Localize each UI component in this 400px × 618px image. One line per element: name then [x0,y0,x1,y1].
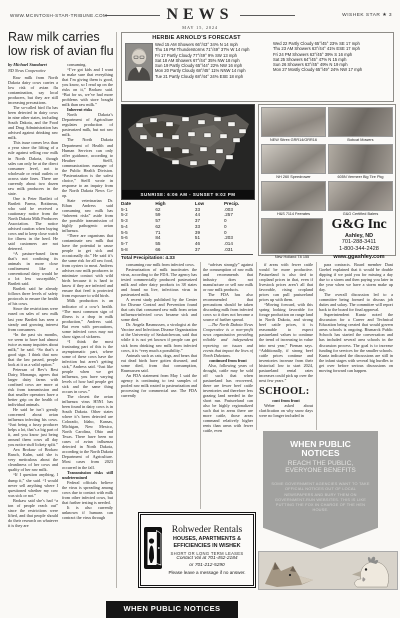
article-paragraph: Federal officials believe the virus is s… [62,480,113,505]
article-paragraph: The FDA has also recommended that precau… [203,292,253,322]
weather-map-graphic [122,105,254,189]
gg-logo-block: G&G Inc Ashley, ND 701-288-3411 1-800-34… [325,218,393,259]
rental-contact-phone: Contact Val at 701-452-2184 [163,556,251,562]
product-photo: NH 260 Speedrower [261,144,326,179]
phone-number-tollfree: 1-800-344-2428 [325,246,393,253]
forecast-week-1: HERBIE ARNOLD'S FORECAST Wed 15 AM Showe… [122,33,271,101]
bottom-ad-banner: WHEN PUBLIC NOTICES [106,601,238,618]
forecast-week-2: Wed 22 Partly Cloudy 65°/45° 23% SE 17 m… [271,33,393,101]
product-caption: G&G Certified Balers [328,212,393,217]
article-paragraph: “Moving forward, with this spring lookin… [259,302,313,383]
badge-body-text: SOME GOVERNMENT AGENCIES WANT TO TAKE OF… [271,481,370,513]
fox-hen-graphic [259,552,396,588]
article-paragraph: Milk production is an indicator of a cow… [62,298,113,338]
cell-low: 37 [195,247,224,253]
article-column-3: consuming raw milk from infected cows.Pa… [121,262,197,509]
portrait-graphic [126,44,152,80]
article-paragraph: Ava Brokaw of Brokaw Ranch, Kulm, said s… [8,447,58,472]
article-paragraph: SCHOOL: [259,386,313,399]
open-door-icon [143,524,163,577]
public-notices-badge: WHEN PUBLIC NOTICES REACH THE PUBLIC, EV… [263,431,378,549]
precipitation-total: Total Precipitation: 4.33 [121,254,253,261]
article-paragraph: “A pasture-based farm that’s not confini… [8,251,58,286]
product-photo: NEW Sitrex GRR14/GRR16 [261,107,326,142]
article-column-5: if areas with fewer cattle would be more… [259,262,313,430]
article-paragraph: Also, following years of drought, cattle… [203,363,253,433]
sunrise-sunset-banner: SUNRISE: 6:06 AM - SUNSET 9:02 PM [122,190,254,199]
article-paragraph: The North Dakota Department of Health an… [62,137,113,197]
article-paragraph: continued from front [203,358,253,363]
product-caption: New Holland T8 155 [261,255,323,260]
article-paragraph: Pasteurization of milk inactivates the v… [121,267,197,297]
forecast-lines-week-2: Wed 22 Partly Cloudy 65°/45° 23% SE 17 m… [273,41,390,73]
column-divider [116,32,117,588]
product-photo: H&S 7114 Feerates [261,181,326,216]
article-paragraph: State veterinarian Dr. Ethan Andress sai… [62,198,113,233]
article-paragraph: One is Peter Bartlett of Bartlett Farms,… [8,196,58,251]
article-paragraph: Dr. Angela Rasmussen, a virologist at th… [121,322,197,352]
forecast-box: HERBIE ARNOLD'S FORECAST Wed 15 AM Showe… [121,32,394,102]
article-column-2: consuming.“I’ve got kids and I want to m… [62,62,113,588]
rental-description: HOUSES, APARTMENTS & EFFICIENCIES IN WIS… [163,536,251,549]
article-paragraph: Since the restrictions were eased on sal… [8,306,58,331]
herbie-arnold-photo [125,43,153,81]
article-paragraph: Superintendent Kuntz noted the discussio… [319,312,393,372]
rohweder-rentals-ad: Rohweder Rentals HOUSES, APARTMENTS & EF… [138,512,256,588]
article-paragraph: A recent study published by the Center f… [121,297,197,322]
byline-organization: ND News Cooperative [8,68,58,73]
article-paragraph: It is also currently unknown if humans c… [62,505,113,520]
product-caption: H&S 7114 Feerates [261,212,326,217]
article-paragraph: This issue comes less than a year since … [8,140,58,195]
product-photo: New Holland T8 155 [261,218,323,259]
rental-company-name: Rohweder Rentals [163,525,251,535]
product-image [261,218,323,254]
product-image [261,107,326,137]
product-image [328,181,393,211]
article-paragraph: North Dakota’s Department of Agriculture… [62,112,113,137]
gg-inc-ad: NEW Sitrex GRR14/GRR16 Bobcat Mowers NH … [258,104,396,256]
byline: by Michael Standaert [8,62,58,67]
article-column-4: “advises strongly” against the consumpti… [203,262,253,509]
weather-table: Date High Low Precip. 5-1 62 33 .003 5-2… [121,201,253,261]
gg-ad-bottom: New Holland T8 155 G&G Inc Ashley, ND 70… [261,218,393,259]
product-caption: NH 260 Speedrower [261,175,326,180]
column-divider [200,262,201,509]
product-caption: 605N Vermeer Big Tire Pkg [328,175,393,180]
article-paragraph: The closest the avian influenza virus H5… [62,394,113,469]
article-paragraph: “If I question anything, I dump it,” she… [8,472,58,497]
article-paragraph: “I’ve got kids and I want to make sure t… [62,67,113,107]
masthead-rule-right [240,15,295,16]
article-paragraph: “I think the most frustrating part of th… [62,339,113,394]
weather-table-body: 5-1 62 33 .003 5-2 59 44 .257 5-3 57 37 [121,207,253,253]
company-website: www.ggashley.com [325,254,393,260]
article-paragraph: The so-called bird flu has been detected… [8,105,58,140]
phone-number: 701-288-3411 [325,239,393,246]
product-image [261,181,326,211]
article-paragraph: Weber asked about clarification on why s… [259,403,313,418]
badge-subtitle: REACH THE PUBLIC, EVERYONE BENEFITS [271,460,370,475]
article-paragraph: Petersan of Bev’s Best Dairy, Monango, a… [8,367,58,407]
cell-date: 5-8 [121,247,155,253]
forecast-title: HERBIE ARNOLD'S FORECAST [125,35,268,41]
rental-contact-phone-alt: or 701-212-5290 [163,563,251,569]
newspaper-page: WWW.MCINTOSH-STAR-TRIBUNE.COM NEWS MAY 1… [0,0,400,618]
article-paragraph: “advises strongly” against the consumpti… [203,262,253,292]
fox-and-hen-photo [258,551,398,590]
product-photo: Bobcat Mowers [328,107,393,142]
company-name: G&G Inc [325,218,393,232]
rental-lease-terms: SHORT OR LONG TERM LEASES [163,551,251,556]
article-paragraph: “In the past six months, we seem to have… [8,332,58,367]
article-column-6: para contracts. Board member Dani Goebel… [319,262,393,430]
article-paragraph: Animals such as cats, dogs, and bears th… [121,353,197,373]
article-column-1: by Michael Standaert ND News Cooperative… [8,62,58,588]
headline: Raw milk carries low risk of avian flu [8,30,114,58]
article-paragraph: Raw milk from North Dakota dairy cows ca… [8,75,58,105]
article-paragraph: Transmission risks still undetermined [62,470,113,480]
article-paragraph: if areas with fewer cattle would be more… [259,262,313,302]
rental-ad-text: Rohweder Rentals HOUSES, APARTMENTS & EF… [163,525,251,575]
product-photo: 605N Vermeer Big Tire Pkg [328,144,393,179]
product-image [328,107,393,137]
column-divider [316,262,317,430]
us-weather-map: SUNRISE: 6:06 AM - SUNSET 9:02 PM [121,104,255,200]
product-image [328,144,393,174]
section-title: NEWS [166,6,233,24]
weather-table-row: 5-8 66 37 .031 [121,247,253,253]
article-paragraph: He said he isn’t greatly concerned about… [8,407,58,447]
rental-message-note: Please leave a message if no answer. [163,570,251,575]
article-paragraph: —The North Dakota News Cooperative is a … [203,322,253,357]
cell-high: 66 [155,247,195,253]
product-caption: Bobcat Mowers [328,138,393,143]
cell-precip: .031 [224,247,253,253]
article-paragraph: An FDA statement from May 1 said the age… [121,373,197,398]
article-paragraph: para contracts. Board member Dani Goebel… [319,262,393,292]
masthead-rule-left [105,15,160,16]
door-graphic [143,524,163,572]
product-photo-grid: NEW Sitrex GRR14/GRR16 Bobcat Mowers NH … [261,107,393,216]
badge-title: WHEN PUBLIC NOTICES [271,440,370,459]
article-paragraph: “There are organisms that contaminate ra… [62,233,113,298]
article-paragraph: Bartlett said he already follows three l… [8,286,58,306]
product-image [261,144,326,174]
article-paragraph: Brokaw said she’s had “a ton of people r… [8,498,58,528]
forecast-day: Mon 27 Mostly Cloudy 65°/49° 24% NW 17 m… [273,67,390,72]
product-caption: NEW Sitrex GRR14/GRR16 [261,138,326,143]
article-paragraph: The overall discussion led to a committe… [319,292,393,312]
page-number: WISHEK STAR ★ 3 [342,13,392,18]
masthead: NEWS [0,6,400,24]
column-divider [256,262,257,430]
column-1-paragraphs: Raw milk from North Dakota dairy cows ca… [8,75,58,528]
product-photo: G&G Certified Balers [328,181,393,216]
